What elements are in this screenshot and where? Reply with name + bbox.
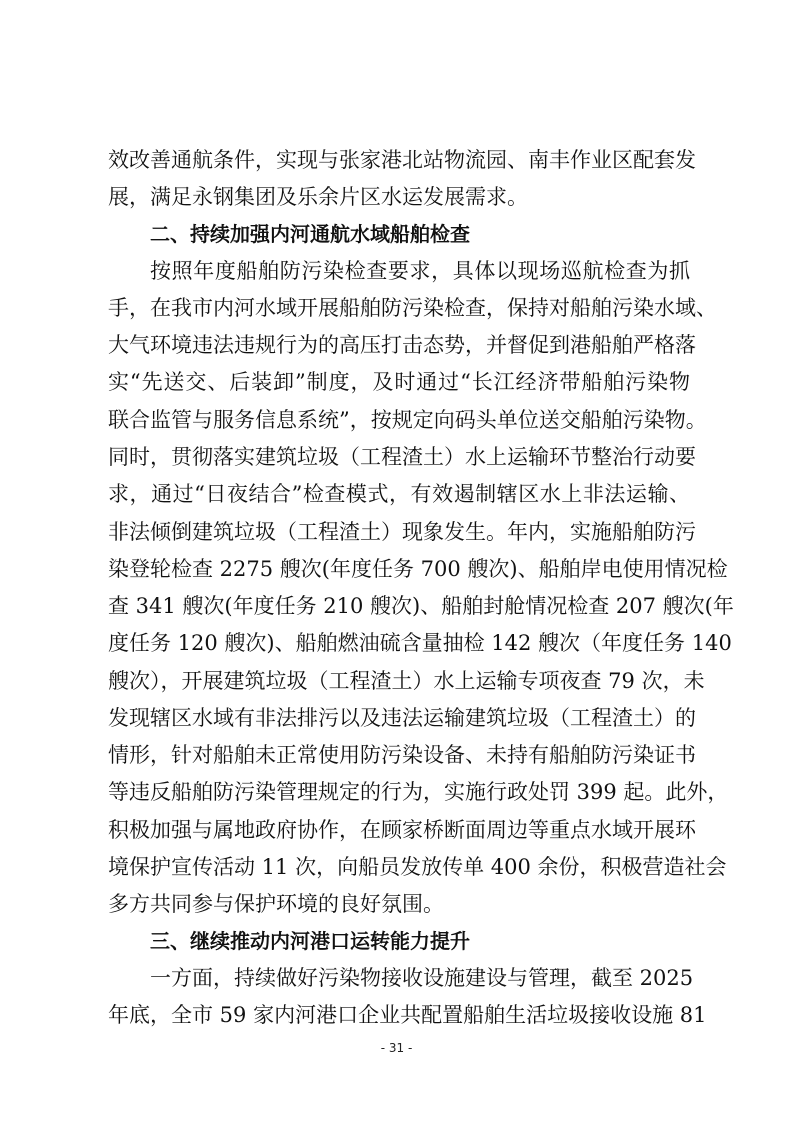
page-number: - 31 - [0,1041,793,1055]
body-text-line: 多方共同参与保护环境的良好氛围。 [108,889,690,919]
body-text-line: 效改善通航条件，实现与张家港北站物流园、南丰作业区配套发 [108,145,690,175]
body-text-line: 实“先送交、后装卸”制度，及时通过“长江经济带船舶污染物 [108,367,690,397]
body-text-line: 一方面，持续做好污染物接收设施建设与管理，截至 2025 [150,963,690,993]
body-text-line: 展，满足永钢集团及乐余片区水运发展需求。 [108,182,690,212]
body-text-line: 求，通过“日夜结合”检查模式，有效遏制辖区水上非法运输、 [108,479,690,509]
body-text-line: 艘次），开展建筑垃圾（工程渣土）水上运输专项夜查 79 次，未 [108,666,690,696]
body-text-line: 非法倾倒建筑垃圾（工程渣土）现象发生。年内，实施船舶防污 [108,517,690,547]
body-text-line: 年底，全市 59 家内河港口企业共配置船舶生活垃圾接收设施 81 [108,1000,690,1030]
body-text-line: 染登轮检查 2275 艘次(年度任务 700 艘次)、船舶岸电使用情况检 [108,554,690,584]
body-text-line: 境保护宣传活动 11 次，向船员发放传单 400 余份，积极营造社会 [108,852,690,882]
body-text-line: 积极加强与属地政府协作，在顾家桥断面周边等重点水域开展环 [108,815,690,845]
document-page: 效改善通航条件，实现与张家港北站物流园、南丰作业区配套发 展，满足永钢集团及乐余… [0,0,793,1122]
body-text-line: 手，在我市内河水域开展船舶防污染检查，保持对船舶污染水域、 [108,293,690,323]
body-text-line: 度任务 120 艘次)、船舶燃油硫含量抽检 142 艘次（年度任务 140 [108,628,690,658]
body-text-line: 大气环境违法违规行为的高压打击态势，并督促到港船舶严格落 [108,330,690,360]
body-text-line: 发现辖区水域有非法排污以及违法运输建筑垃圾（工程渣土）的 [108,703,690,733]
body-text-line: 等违反船舶防污染管理规定的行为，实施行政处罚 399 起。此外， [108,777,690,807]
section-heading-2: 二、持续加强内河通航水域船舶检查 [150,219,690,249]
section-heading-3: 三、继续推动内河港口运转能力提升 [150,926,690,956]
body-text-line: 查 341 艘次(年度任务 210 艘次)、船舶封舱情况检查 207 艘次(年 [108,591,690,621]
body-text-line: 联合监管与服务信息系统”，按规定向码头单位送交船舶污染物。 [108,405,690,435]
body-text-line: 同时，贯彻落实建筑垃圾（工程渣土）水上运输环节整治行动要 [108,442,690,472]
body-text-line: 情形，针对船舶未正常使用防污染设备、未持有船舶防污染证书 [108,740,690,770]
body-text-line: 按照年度船舶防污染检查要求，具体以现场巡航检查为抓 [150,256,690,286]
